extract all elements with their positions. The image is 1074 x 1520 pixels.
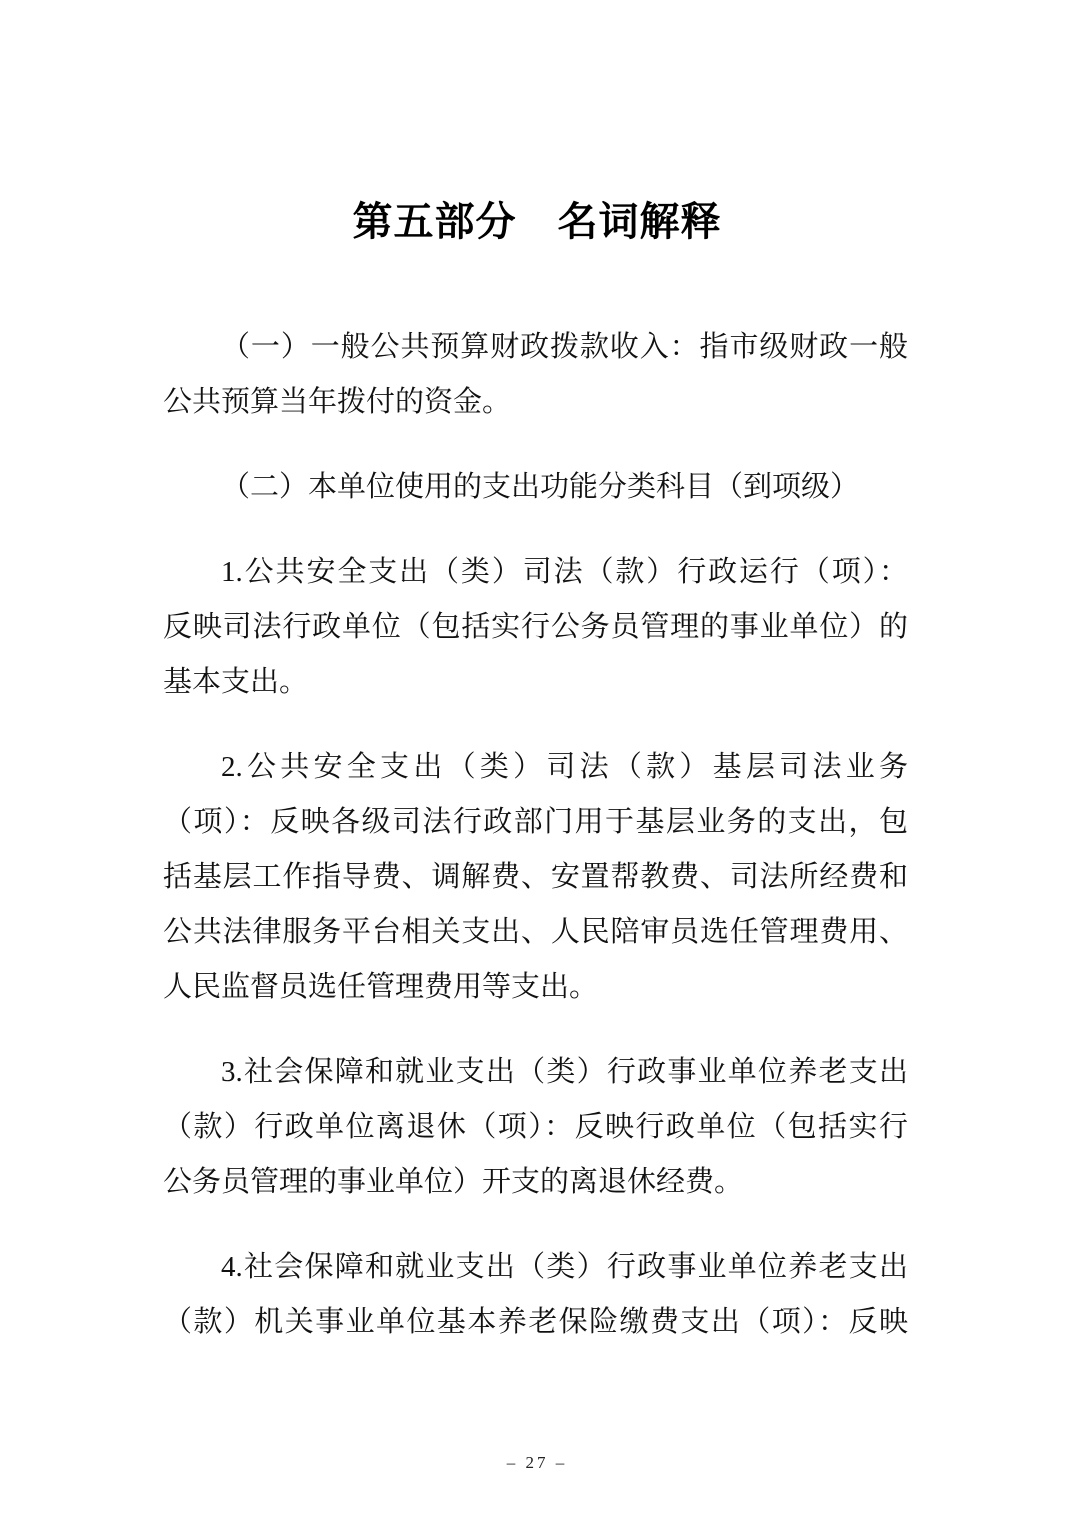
text-line: （项）：反映各级司法行政部门用于基层业务的支出，包 — [163, 795, 908, 850]
text-line: （二）本单位使用的支出功能分类科目（到项级） — [163, 460, 908, 515]
text-line: 基本支出。 — [163, 655, 908, 710]
paragraph: 1.公共安全支出（类）司法（款）行政运行（项）：反映司法行政单位（包括实行公务员… — [163, 545, 908, 710]
paragraph: 3.社会保障和就业支出（类）行政事业单位养老支出（款）行政单位离退休（项）：反映… — [163, 1045, 908, 1210]
text-line: 3.社会保障和就业支出（类）行政事业单位养老支出 — [163, 1045, 908, 1100]
text-line: （款）行政单位离退休（项）：反映行政单位（包括实行 — [163, 1100, 908, 1155]
text-line: 公共预算当年拨付的资金。 — [163, 375, 908, 430]
text-line: 反映司法行政单位（包括实行公务员管理的事业单位）的 — [163, 600, 908, 655]
text-line: 1.公共安全支出（类）司法（款）行政运行（项）： — [163, 545, 908, 600]
document-page: 第五部分 名词解释 （一）一般公共预算财政拨款收入：指市级财政一般公共预算当年拨… — [0, 0, 1074, 1520]
text-line: （款）机关事业单位基本养老保险缴费支出（项）：反映 — [163, 1295, 908, 1350]
page-title: 第五部分 名词解释 — [0, 0, 1074, 247]
text-line: 公共法律服务平台相关支出、人民陪审员选任管理费用、 — [163, 905, 908, 960]
document-body: （一）一般公共预算财政拨款收入：指市级财政一般公共预算当年拨付的资金。（二）本单… — [163, 320, 908, 1350]
text-line: 人民监督员选任管理费用等支出。 — [163, 960, 908, 1015]
text-line: （一）一般公共预算财政拨款收入：指市级财政一般 — [163, 320, 908, 375]
text-line: 4.社会保障和就业支出（类）行政事业单位养老支出 — [163, 1240, 908, 1295]
paragraph: （二）本单位使用的支出功能分类科目（到项级） — [163, 460, 908, 515]
paragraph: 4.社会保障和就业支出（类）行政事业单位养老支出（款）机关事业单位基本养老保险缴… — [163, 1240, 908, 1350]
text-line: 公务员管理的事业单位）开支的离退休经费。 — [163, 1155, 908, 1210]
text-line: 2.公共安全支出（类）司法（款）基层司法业务 — [163, 740, 908, 795]
paragraph: 2.公共安全支出（类）司法（款）基层司法业务（项）：反映各级司法行政部门用于基层… — [163, 740, 908, 1015]
paragraph: （一）一般公共预算财政拨款收入：指市级财政一般公共预算当年拨付的资金。 — [163, 320, 908, 430]
page-number: – 27 – — [0, 1452, 1074, 1474]
text-line: 括基层工作指导费、调解费、安置帮教费、司法所经费和 — [163, 850, 908, 905]
